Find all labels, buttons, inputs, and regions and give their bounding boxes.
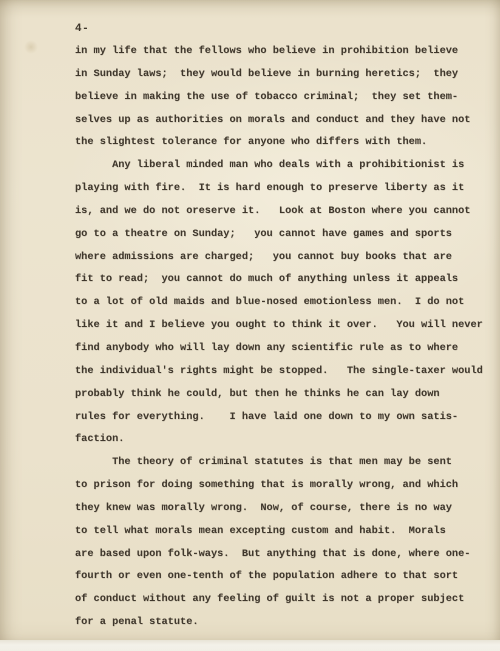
typed-line: in Sunday laws; they would believe in bu… xyxy=(75,63,491,86)
scanned-document: 4- in my life that the fellows who belie… xyxy=(0,0,500,651)
typed-line: believe in making the use of tobacco cri… xyxy=(75,86,491,109)
typed-line: probably think he could, but then he thi… xyxy=(75,383,491,406)
typed-line: selves up as authorities on morals and c… xyxy=(75,109,491,132)
typed-line: is, and we do not oreserve it. Look at B… xyxy=(75,200,491,223)
typed-line: they knew was morally wrong. Now, of cou… xyxy=(75,497,491,520)
typed-line: for a penal statute. xyxy=(75,611,491,634)
document-page: 4- in my life that the fellows who belie… xyxy=(0,0,500,640)
typed-line: fit to read; you cannot do much of anyth… xyxy=(75,268,491,291)
typed-line: in my life that the fellows who believe … xyxy=(75,40,491,63)
document-body: in my life that the fellows who believe … xyxy=(75,40,491,634)
typed-line: to a lot of old maids and blue-nosed emo… xyxy=(75,291,491,314)
typed-line: the slightest tolerance for anyone who d… xyxy=(75,131,491,154)
typed-line: faction. xyxy=(75,428,491,451)
scan-background-strip xyxy=(0,640,500,651)
typed-line: rules for everything. I have laid one do… xyxy=(75,406,491,429)
typed-line: are based upon folk-ways. But anything t… xyxy=(75,543,491,566)
typed-line: find anybody who will lay down any scien… xyxy=(75,337,491,360)
typed-line: playing with fire. It is hard enough to … xyxy=(75,177,491,200)
typed-line: of conduct without any feeling of guilt … xyxy=(75,588,491,611)
typed-line: where admissions are charged; you cannot… xyxy=(75,246,491,269)
typed-line: to prison for doing something that is mo… xyxy=(75,474,491,497)
typed-line: fourth or even one-tenth of the populati… xyxy=(75,565,491,588)
typed-line: The theory of criminal statutes is that … xyxy=(75,451,491,474)
typed-line: the individual's rights might be stopped… xyxy=(75,360,491,383)
typed-line: Any liberal minded man who deals with a … xyxy=(75,154,491,177)
typed-line: like it and I believe you ought to think… xyxy=(75,314,491,337)
typed-line: to tell what morals mean excepting custo… xyxy=(75,520,491,543)
typed-line: go to a theatre on Sunday; you cannot ha… xyxy=(75,223,491,246)
page-number: 4- xyxy=(75,23,89,35)
